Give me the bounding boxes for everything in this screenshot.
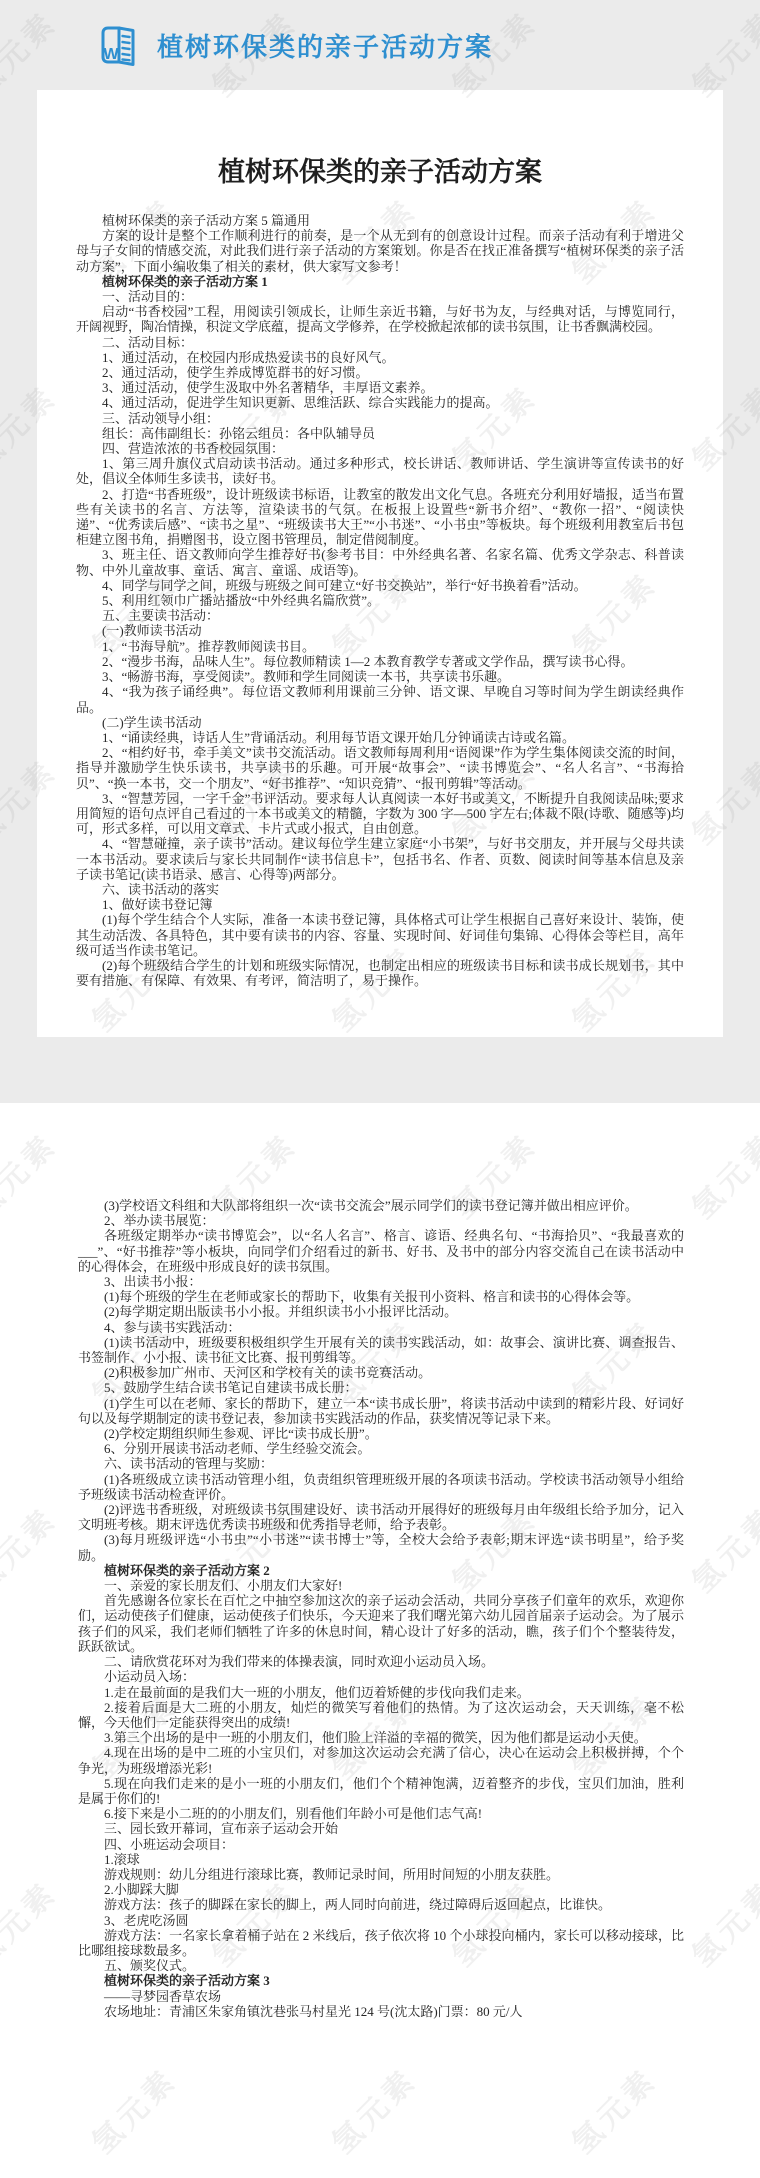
paragraph: 2、“相约好书，牵手美文”读书交流活动。语文教师每周利用“语阅课”作为学生集体阅… [76, 745, 684, 791]
page1-body: 植树环保类的亲子活动方案 5 篇通用方案的设计是整个工作顺利进行的前奏，是一个从… [76, 213, 684, 988]
paragraph: 4、同学与同学之间，班级与班级之间可建立“好书交换站”，举行“好书换着看”活动。 [76, 578, 684, 593]
paragraph: (2)积极参加广州市、天河区和学校有关的读书竞赛活动。 [78, 1365, 684, 1380]
paragraph: 2.小脚踩大脚 [78, 1882, 684, 1897]
paragraph: (1)每个班级的学生在老师或家长的帮助下，收集有关报刊小资料、格言和读书的心得体… [78, 1289, 684, 1304]
paragraph: 4、参与读书实践活动： [78, 1320, 684, 1335]
paragraph: 1、做好读书登记簿 [76, 897, 684, 912]
paragraph: (3)学校语文科组和大队部将组织一次“读书交流会”展示同学们的读书登记簿并做出相… [78, 1198, 684, 1213]
paragraph: 二、活动目标： [76, 335, 684, 350]
section-heading: 植树环保类的亲子活动方案 3 [78, 1973, 684, 1988]
paragraph: 首先感谢各位家长在百忙之中抽空参加这次的亲子运动会活动，共同分享孩子们童年的欢乐… [78, 1593, 684, 1654]
paragraph: 3、老虎吃汤圆 [78, 1913, 684, 1928]
word-document-icon: W [95, 21, 143, 69]
paragraph: 各班级定期举办“读书博览会”，以“名人名言”、格言、谚语、经典名句、“书海拾贝”… [78, 1228, 684, 1274]
paragraph: 2.接着后面是大二班的小朋友，灿烂的微笑写着他们的热情。为了这次运动会，天天训练… [78, 1700, 684, 1730]
paragraph: 1、第三周升旗仪式启动读书活动。通过多种形式，校长讲话、教师讲话、学生演讲等宣传… [76, 456, 684, 486]
paragraph: (2)每个班级结合学生的计划和班级实际情况，也制定出相应的班级读书目标和读书成长… [76, 958, 684, 988]
paragraph: 二、请欣赏花环对为我们带来的体操表演，同时欢迎小运动员入场。 [78, 1654, 684, 1669]
paragraph: 5、鼓励学生结合读书笔记自建读书成长册： [78, 1380, 684, 1395]
paragraph: 植树环保类的亲子活动方案 5 篇通用 [76, 213, 684, 228]
svg-text:W: W [104, 46, 120, 63]
paragraph: 4、“智慧碰撞，亲子读书”活动。建议每位学生建立家庭“小书架”，与好书交朋友，并… [76, 836, 684, 882]
paragraph: (1)学生可以在老师、家长的帮助下，建立一本“读书成长册”，将读书活动中读到的精… [78, 1396, 684, 1426]
paragraph: 2、通过活动，使学生养成博览群书的好习惯。 [76, 365, 684, 380]
paragraph: 一、活动目的： [76, 289, 684, 304]
section-heading: 植树环保类的亲子活动方案 2 [78, 1563, 684, 1578]
paragraph: (2)学校定期组织师生参观、评比“读书成长册”。 [78, 1426, 684, 1441]
paragraph: 3、出读书小报： [78, 1274, 684, 1289]
paragraph: 1、“诵读经典，诗话人生”背诵活动。利用每节语文课开始几分钟诵读古诗或名篇。 [76, 730, 684, 745]
paragraph: 2、“漫步书海，品味人生”。每位教师精读 1—2 本教育教学专著或文学作品，撰写… [76, 654, 684, 669]
paragraph: 游戏方法：一名家长拿着桶子站在 2 米线后，孩子依次将 10 个小球投向桶内，家… [78, 1928, 684, 1958]
paragraph: 2、打造“书香班级”，设计班级读书标语，让教室的散发出文化气息。各班充分利用好墙… [76, 487, 684, 548]
paragraph: 三、活动领导小组： [76, 411, 684, 426]
paragraph: 1.滚球 [78, 1852, 684, 1867]
paragraph: 启动“书香校园”工程，用阅读引领成长，让师生亲近书籍，与好书为友，与经典对话，与… [76, 304, 684, 334]
paragraph: 四、营造浓浓的书香校园氛围： [76, 441, 684, 456]
paragraph: (1)各班级成立读书活动管理小组，负责组织管理班级开展的各项读书活动。学校读书活… [78, 1472, 684, 1502]
paragraph: (2)每学期定期出版读书小小报。并组织读书小小报评比活动。 [78, 1304, 684, 1319]
document-page-1: 植树环保类的亲子活动方案 植树环保类的亲子活动方案 5 篇通用方案的设计是整个工… [37, 90, 723, 1037]
paragraph: 小运动员入场： [78, 1669, 684, 1684]
site-title: 植树环保类的亲子活动方案 [157, 27, 493, 64]
paragraph: 4、通过活动，促进学生知识更新、思维活跃、综合实践能力的提高。 [76, 395, 684, 410]
paragraph: 游戏方法：孩子的脚踩在家长的脚上，两人同时向前进，绕过障碍后返回起点，比谁快。 [78, 1897, 684, 1912]
paragraph: 组长：高伟副组长：孙铭云组员：各中队辅导员 [76, 426, 684, 441]
paragraph: 6、分别开展读书活动老师、学生经验交流会。 [78, 1441, 684, 1456]
paragraph: 六、读书活动的落实 [76, 882, 684, 897]
paragraph: 农场地址：青浦区朱家角镇沈巷张马村星光 124 号(沈太路)门票：80 元/人 [78, 2004, 684, 2019]
paragraph: 五、主要读书活动： [76, 608, 684, 623]
paragraph: 1、“书海导航”。推荐教师阅读书目。 [76, 639, 684, 654]
paragraph: 3、班主任、语文教师向学生推荐好书(参考书目：中外经典名著、名家名篇、优秀文学杂… [76, 547, 684, 577]
paragraph: 四、小班运动会项目： [78, 1837, 684, 1852]
paragraph: 5、利用红领巾广播站播放“中外经典名篇欣赏”。 [76, 593, 684, 608]
paragraph: 4、“我为孩子诵经典”。每位语文教师利用课前三分钟、语文课、早晚自习等时间为学生… [76, 684, 684, 714]
paragraph: (一)教师读书活动 [76, 623, 684, 638]
document-title: 植树环保类的亲子活动方案 [76, 150, 684, 189]
paragraph: 1.走在最前面的是我们大一班的小朋友，他们迈着矫健的步伐向我们走来。 [78, 1685, 684, 1700]
paragraph: 6.接下来是小二班的的小朋友们，别看他们年龄小可是他们志气高! [78, 1806, 684, 1821]
page2-body: (3)学校语文科组和大队部将组织一次“读书交流会”展示同学们的读书登记簿并做出相… [78, 1198, 684, 2019]
paragraph: 六、读书活动的管理与奖励： [78, 1456, 684, 1471]
paragraph: 3、“畅游书海，享受阅读”。教师和学生同阅读一本书，共享读书乐趣。 [76, 669, 684, 684]
paragraph: 一、亲爱的家长朋友们、小朋友们大家好! [78, 1578, 684, 1593]
paragraph: 游戏规则：幼儿分组进行滚球比赛，教师记录时间，所用时间短的小朋友获胜。 [78, 1867, 684, 1882]
paragraph: (3)每月班级评选“小书虫”“小书迷”“读书博士”等，全校大会给予表彰;期末评选… [78, 1532, 684, 1562]
paragraph: (1)每个学生结合个人实际，准备一本读书登记簿，具体格式可让学生根据自己喜好来设… [76, 912, 684, 958]
document-page-2: (3)学校语文科组和大队部将组织一次“读书交流会”展示同学们的读书登记簿并做出相… [0, 1103, 760, 2178]
paragraph: 五、颁奖仪式。 [78, 1958, 684, 1973]
paragraph: 1、通过活动，在校园内形成热爱读书的良好风气。 [76, 350, 684, 365]
paragraph: (二)学生读书活动 [76, 715, 684, 730]
header: W 植树环保类的亲子活动方案 [0, 0, 760, 90]
paragraph: (1)读书活动中，班级要积极组织学生开展有关的读书实践活动，如：故事会、演讲比赛… [78, 1335, 684, 1365]
paragraph: ——寻梦园香草农场 [78, 1989, 684, 2004]
paragraph: 4.现在出场的是中二班的小宝贝们，对参加这次运动会充满了信心，决心在运动会上积极… [78, 1745, 684, 1775]
paragraph: 5.现在向我们走来的是小一班的小朋友们，他们个个精神饱满，迈着整齐的步伐，宝贝们… [78, 1776, 684, 1806]
paragraph: 3、“智慧芳园，一字千金”书评活动。要求每人认真阅读一本好书或美文，不断提升自我… [76, 791, 684, 837]
paragraph: 3.第三个出场的是中一班的小朋友们，他们脸上洋溢的幸福的微笑，因为他们都是运动小… [78, 1730, 684, 1745]
paragraph: (2)评选书香班级，对班级读书氛围建设好、读书活动开展得好的班级每月由年级组长给… [78, 1502, 684, 1532]
paragraph: 三、园长致开幕词，宣布亲子运动会开始 [78, 1821, 684, 1836]
section-heading: 植树环保类的亲子活动方案 1 [76, 274, 684, 289]
paragraph: 方案的设计是整个工作顺利进行的前奏，是一个从无到有的创意设计过程。而亲子活动有利… [76, 228, 684, 274]
paragraph: 3、通过活动，使学生汲取中外名著精华，丰厚语文素养。 [76, 380, 684, 395]
paragraph: 2、举办读书展览： [78, 1213, 684, 1228]
